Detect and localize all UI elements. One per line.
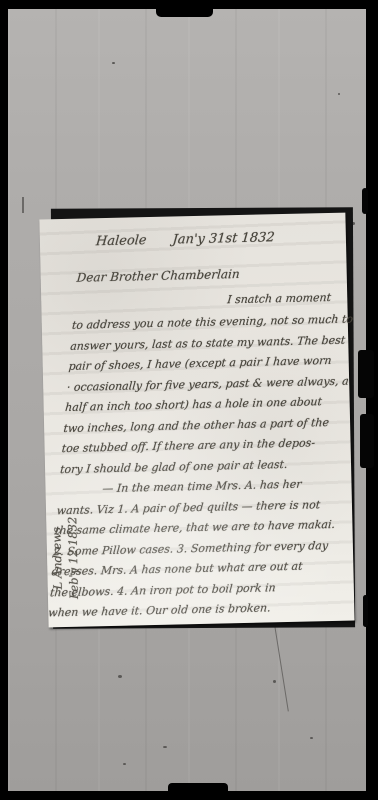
- endorsement-date: Feb'y 12 1832: [63, 483, 82, 633]
- letter-body-line: tory I should be glad of one pair at lea…: [59, 453, 345, 480]
- letter-body-line: pair of shoes, I have (except a pair I h…: [68, 350, 354, 377]
- film-speck: [310, 737, 313, 739]
- letter-body-line: — In the mean time Mrs. A. has her: [102, 474, 344, 500]
- film-speck: [123, 763, 126, 765]
- film-edge-blob: [358, 350, 374, 398]
- film-notch-bottom: [168, 783, 228, 800]
- letter-body-line: answer yours, last as to state my wants.…: [69, 330, 355, 357]
- film-notch-top: [156, 0, 213, 17]
- film-edge-blob: [363, 595, 368, 627]
- letter-salutation: Dear Brother Chamberlain: [76, 267, 240, 285]
- letter-heading-place: Haleole: [95, 233, 147, 249]
- letter-body: to address you a note this evening, not …: [47, 309, 356, 624]
- letter-body-line: the elbows. 4. An iron pot to boil pork …: [49, 576, 335, 603]
- film-speck: [273, 680, 276, 683]
- letter-body-line: half an inch too short) has a hole in on…: [64, 392, 350, 419]
- film-speck: [163, 746, 167, 748]
- film-speck: [338, 93, 340, 95]
- letter-body-line: toe stubbed off. If there are any in the…: [61, 433, 347, 460]
- letter-body-line: two inches, long and the other has a par…: [63, 412, 349, 439]
- endorsement-name: L Andrews: [47, 483, 66, 633]
- letter-endorsement: L Andrews Feb'y 12 1832: [47, 483, 84, 634]
- scratch-mark: [22, 197, 24, 213]
- letter-body-line: wants. Viz 1. A pair of bed quilts — the…: [56, 494, 342, 521]
- letter-body-line: to address you a note this evening, not …: [71, 309, 357, 336]
- film-edge-blob: [360, 414, 374, 468]
- letter-body-line: the same climate here, that we are to ha…: [54, 515, 340, 542]
- letter-body-line: 2. Some Pillow cases. 3. Something for e…: [52, 535, 338, 562]
- letter-body-line: · occasionally for five years, past & we…: [66, 371, 352, 398]
- letter-paper: Haleole Jan'y 31st 1832 Dear Brother Cha…: [39, 213, 354, 628]
- letter-heading: Haleole Jan'y 31st 1832: [95, 229, 336, 249]
- letter-opening-line: I snatch a moment: [227, 291, 332, 306]
- letter-body-line: dresses. Mrs. A has none but what are ou…: [51, 556, 337, 583]
- letter-body-line: when we have it. Our old one is broken.: [47, 597, 333, 624]
- film-edge-blob: [362, 188, 368, 214]
- letter-heading-date: Jan'y 31st 1832: [172, 230, 275, 247]
- film-speck: [112, 62, 115, 64]
- microfilm-frame: Haleole Jan'y 31st 1832 Dear Brother Cha…: [0, 0, 378, 800]
- film-speck: [118, 675, 122, 678]
